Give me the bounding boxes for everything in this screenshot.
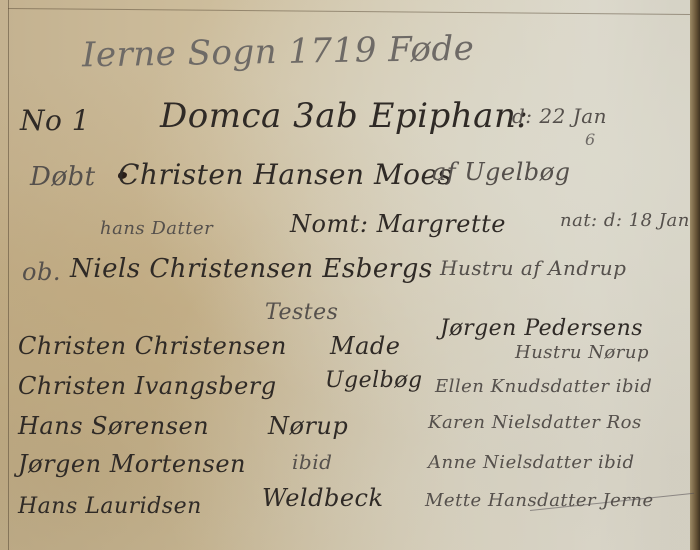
godparent-female-name: Mette Hansdatter: [425, 490, 596, 511]
godparent-female-entry: Anne Nielsdatter ibid: [428, 452, 635, 473]
father-name: Christen Hansen Moes: [118, 158, 452, 191]
ob-place: Hustru af Andrup: [440, 256, 626, 280]
godparent-female-place: ibid: [616, 376, 653, 397]
godparent-male-name: Christen Christensen: [18, 332, 287, 360]
godparent-female-place: ibid: [598, 452, 635, 473]
wife-line: hans Datter: [100, 218, 213, 239]
godparent-male-name: Jørgen Mortensen: [18, 450, 246, 478]
godparent-male-place: Nørup: [268, 412, 348, 440]
date-heading: Domca 3ab Epiphan:: [160, 96, 528, 136]
godparent-male-name: Christen Ivangsberg: [18, 372, 277, 400]
godparent-male-place: Made: [330, 332, 400, 360]
godparent-female-name: Ellen Knudsdatter: [435, 376, 610, 397]
godparent-male-place: Ugelbøg: [325, 368, 423, 393]
godparent-male-place: Weldbeck: [262, 484, 384, 512]
godparent-male-place: ibid: [292, 450, 332, 474]
birth-note: nat: d: 18 Jan: [560, 210, 690, 231]
godparent-female-entry: Ellen Knudsdatter ibid: [435, 376, 652, 397]
godparent-female-place: Ros: [607, 412, 642, 433]
godparent-female-name: Karen Nielsdatter: [428, 412, 600, 433]
binding-edge: [690, 0, 700, 550]
father-place: af Ugelbøg: [432, 158, 570, 186]
godparent-female-place: Jerne: [602, 490, 653, 511]
ob-name: Niels Christensen Esbergs: [70, 254, 433, 284]
margin-rule: [8, 0, 9, 550]
godparent-female-entry: Mette Hansdatter Jerne: [425, 490, 654, 511]
infant-name: Nomt: Margrette: [290, 210, 506, 238]
top-rule: [8, 8, 690, 15]
page-title: Ierne Sogn 1719 Føde: [82, 29, 475, 76]
date-right: d: 22 Jan: [512, 104, 607, 128]
ob-label: ob.: [22, 258, 61, 286]
baptized-label: Døbt: [30, 162, 96, 192]
godparent-female-entry: Karen Nielsdatter Ros: [428, 412, 642, 433]
godparent-male-name: Hans Sørensen: [18, 412, 209, 440]
date-superscript: 6: [585, 130, 596, 149]
register-page: Ierne Sogn 1719 Føde No 1 Domca 3ab Epip…: [0, 0, 700, 550]
testes-label: Testes: [265, 300, 338, 325]
godparent-female-place: Hustru Nørup: [515, 342, 649, 363]
godparent-male-name: Hans Lauridsen: [18, 494, 202, 519]
godparent-female-name: Jørgen Pedersens: [440, 316, 643, 341]
godparent-female-name: Anne Nielsdatter: [428, 452, 592, 473]
entry-number: No 1: [20, 104, 90, 137]
